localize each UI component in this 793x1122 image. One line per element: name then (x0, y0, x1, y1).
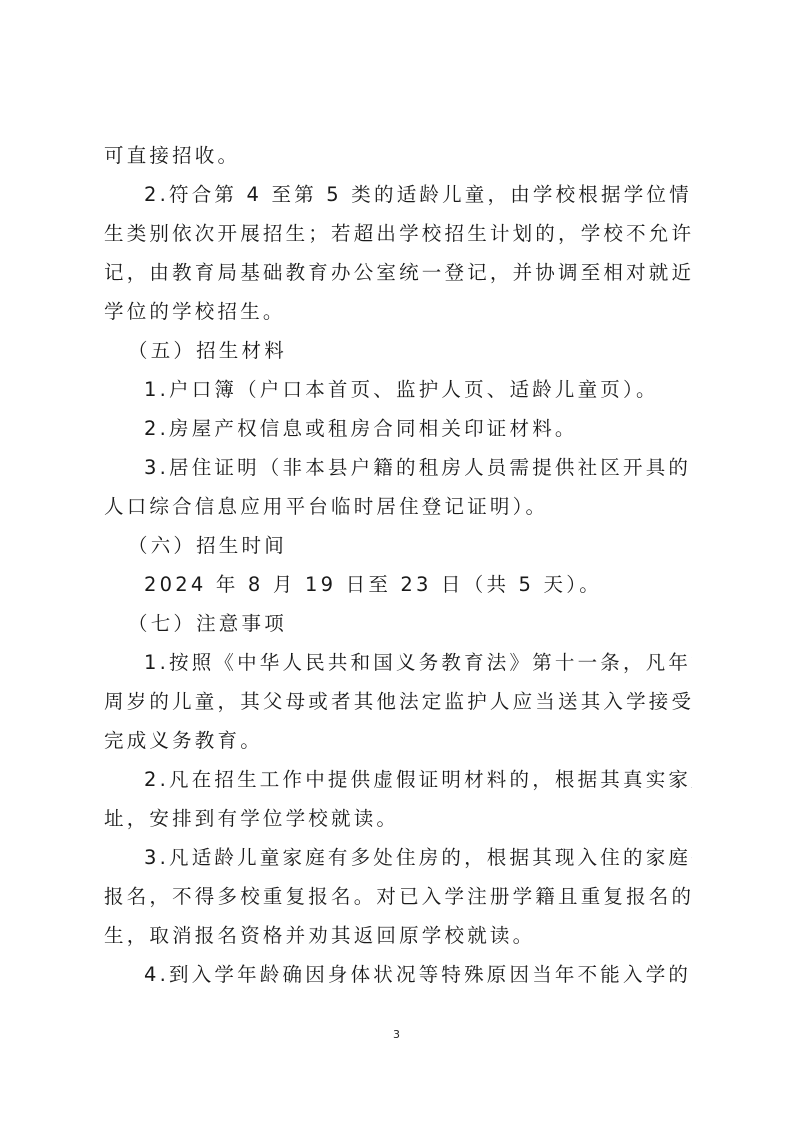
paragraph-line: 址，安排到有学位学校就读。 (104, 799, 692, 838)
paragraph-line: 1.户口簿（户口本首页、监护人页、适龄儿童页）。 (104, 370, 692, 409)
paragraph-line: 完成义务教育。 (104, 721, 692, 760)
section-heading: （五）招生材料 (104, 331, 692, 370)
paragraph-line: 学位的学校招生。 (104, 292, 692, 331)
paragraph-line: 4.到入学年龄确因身体状况等特殊原因当年不能入学的，可 (104, 955, 692, 994)
paragraph-line: 2.房屋产权信息或租房合同相关印证材料。 (104, 409, 692, 448)
paragraph-line: 人口综合信息应用平台临时居住登记证明）。 (104, 487, 692, 526)
paragraph-line: 生类别依次开展招生；若超出学校招生计划的，学校不允许登 (104, 214, 692, 253)
section-heading: （七）注意事项 (104, 604, 692, 643)
paragraph-line: 2.符合第 4 至第 5 类的适龄儿童，由学校根据学位情况及学 (104, 175, 692, 214)
paragraph-line: 2024 年 8 月 19 日至 23 日（共 5 天）。 (104, 565, 692, 604)
document-body: 可直接招收。 2.符合第 4 至第 5 类的适龄儿童，由学校根据学位情况及学 生… (104, 136, 692, 994)
paragraph-line: 可直接招收。 (104, 136, 692, 175)
paragraph-line: 3.凡适龄儿童家庭有多处住房的，根据其现入住的家庭住址 (104, 838, 692, 877)
paragraph-line: 1.按照《中华人民共和国义务教育法》第十一条，凡年满六 (104, 643, 692, 682)
paragraph-line: 生，取消报名资格并劝其返回原学校就读。 (104, 916, 692, 955)
paragraph-line: 3.居住证明（非本县户籍的租房人员需提供社区开具的流动 (104, 448, 692, 487)
page-number: 3 (0, 1028, 793, 1041)
section-heading: （六）招生时间 (104, 526, 692, 565)
paragraph-line: 周岁的儿童，其父母或者其他法定监护人应当送其入学接受并 (104, 682, 692, 721)
paragraph-line: 2.凡在招生工作中提供虚假证明材料的，根据其真实家庭住 (104, 760, 692, 799)
document-page: 可直接招收。 2.符合第 4 至第 5 类的适龄儿童，由学校根据学位情况及学 生… (0, 0, 793, 1122)
paragraph-line: 报名，不得多校重复报名。对已入学注册学籍且重复报名的学 (104, 877, 692, 916)
paragraph-line: 记，由教育局基础教育办公室统一登记，并协调至相对就近有 (104, 253, 692, 292)
